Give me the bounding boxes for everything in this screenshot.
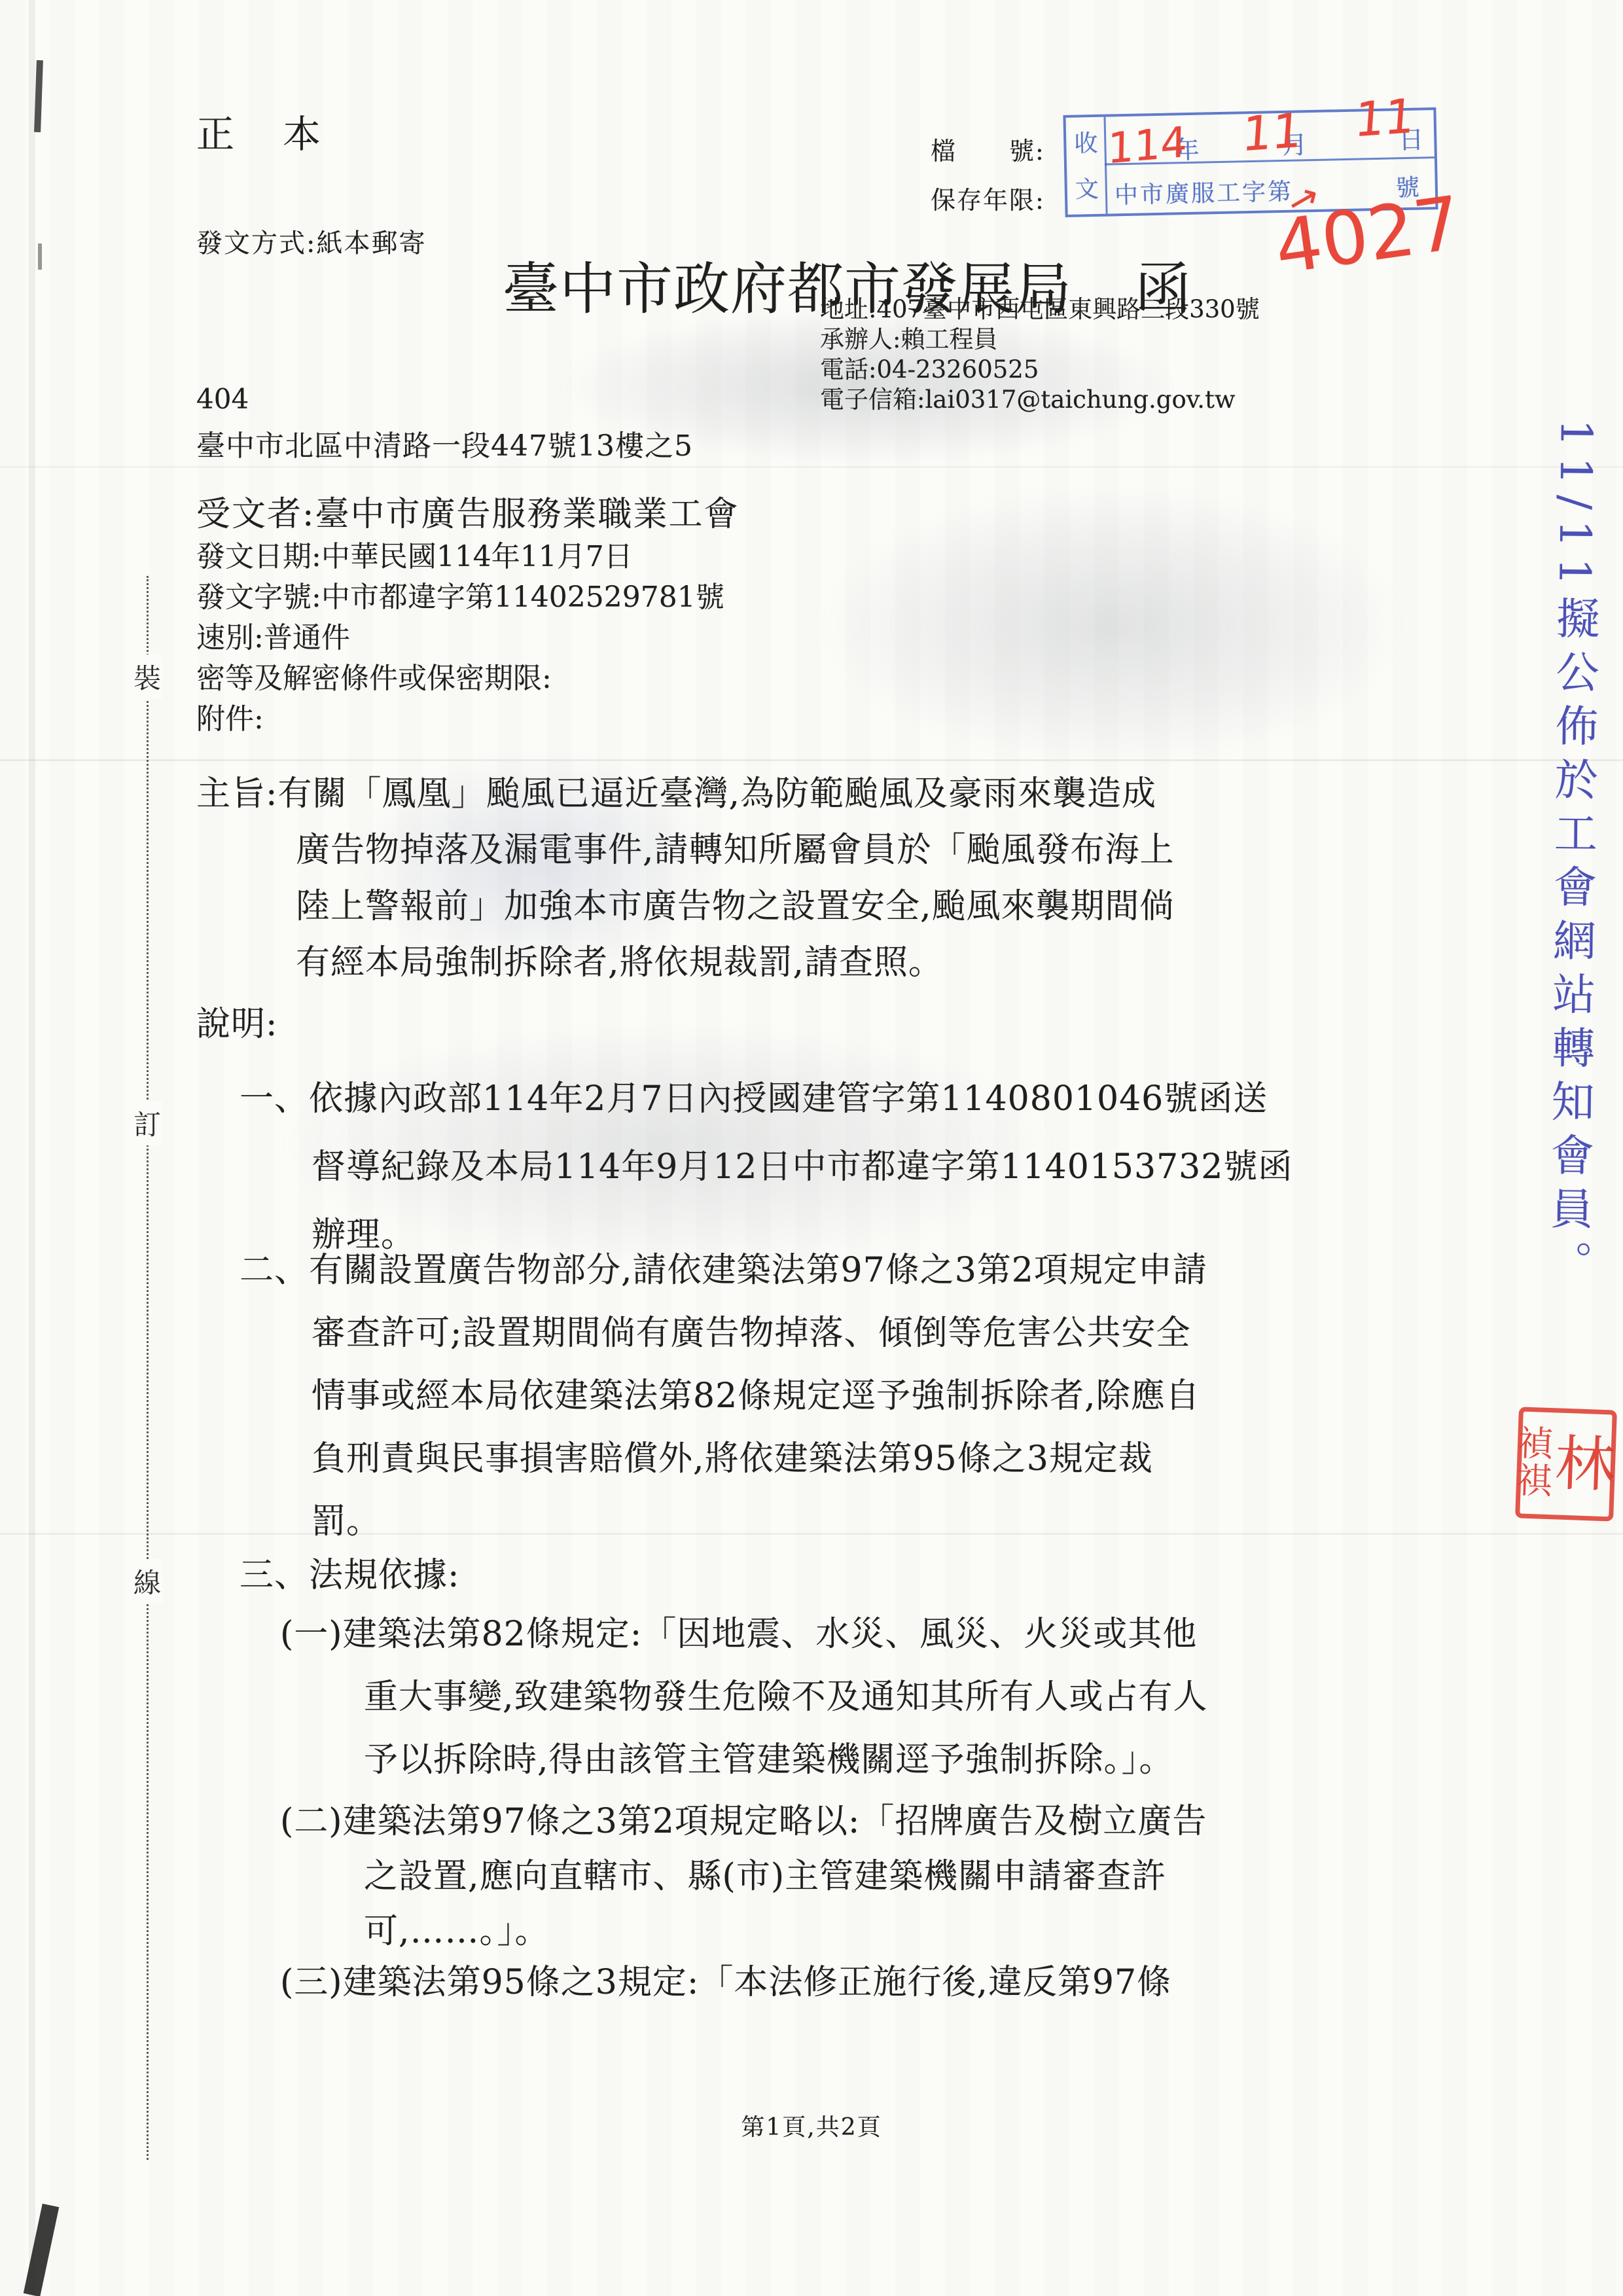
scanner-edge-shadow bbox=[29, 0, 35, 2296]
explanation-item1-line: 督導紀錄及本局114年9月12日中市都違字第1140153732號函 bbox=[312, 1139, 1293, 1188]
issue-number-line: 發文字號:中市都違字第11402529781號 bbox=[196, 577, 724, 618]
scanned-official-letter-page: 正 本 發文方式:紙本郵寄 檔 號: 保存年限: 收 文 年 月 日 中市廣服工… bbox=[0, 0, 1623, 2296]
legal-basis-sub3-line: (三)建築法第95條之3規定:「本法修正施行後,違反第97條 bbox=[280, 1954, 1171, 2003]
handwritten-month-value: 11 bbox=[1240, 102, 1304, 162]
stamp-receive-char: 收 bbox=[1074, 125, 1098, 159]
explanation-item1-line: 一、依據內政部114年2月7日內授國建管字第1140801046號函送 bbox=[240, 1071, 1268, 1120]
agency-contact-block: 地址:407臺中市西屯區東興路三段330號 承辦人:賴工程員 電話:04-232… bbox=[820, 295, 1260, 415]
legal-basis-sub2-line: 之設置,應向直轄市、縣(市)主管建築機關申請審查許 bbox=[364, 1848, 1166, 1897]
subject-line: 有經本局強制拆除者,將依規裁罰,請查照。 bbox=[296, 935, 943, 984]
agency-phone: 電話:04-23260525 bbox=[820, 355, 1260, 385]
explanation-item2-line: 情事或經本局依建築法第82條規定逕予強制拆除者,除應自 bbox=[312, 1368, 1200, 1417]
handwritten-day-value: 11 bbox=[1353, 88, 1416, 147]
classification-line: 密等及解密條件或保密期限: bbox=[196, 658, 724, 699]
scan-streak-line bbox=[0, 1533, 1623, 1535]
legal-basis-sub1-line: 重大事變,致建築物發生危險不及通知其所有人或占有人 bbox=[364, 1669, 1208, 1718]
name-seal-lin-zhen-qi: 林 禎 祺 bbox=[1515, 1407, 1617, 1521]
explanation-item2-line: 審查許可;設置期間倘有廣告物掉落、傾倒等危害公共安全 bbox=[312, 1305, 1191, 1354]
seal-char-top: 禎 bbox=[1517, 1426, 1554, 1464]
subject-line: 廣告物掉落及漏電事件,請轉知所屬會員於「颱風發布海上 bbox=[296, 822, 1175, 871]
case-officer: 承辦人:賴工程員 bbox=[820, 325, 1260, 355]
legal-basis-sub2-line: (二)建築法第97條之3第2項規定略以:「招牌廣告及樹立廣告 bbox=[280, 1793, 1207, 1842]
handwritten-year-value: 114 bbox=[1107, 118, 1188, 173]
explanation-item2-line: 負刑責與民事損害賠償外,將依建築法第95條之3規定裁 bbox=[312, 1431, 1153, 1480]
page-number-footer: 第1頁,共2頁 bbox=[741, 2109, 882, 2142]
stamp-doc-class-text: 中市廣服工字第 bbox=[1114, 173, 1293, 211]
seal-surname-char: 林 bbox=[1554, 1433, 1616, 1496]
explanation-item2-line: 二、有關設置廣告物部分,請依建築法第97條之3第2項規定申請 bbox=[240, 1242, 1207, 1291]
copy-type-label: 正 本 bbox=[196, 103, 326, 158]
agency-address: 地址:407臺中市西屯區東興路三段330號 bbox=[820, 295, 1260, 325]
binding-mark-ding: 訂 bbox=[132, 1101, 162, 1145]
explanation-item2-line: 罰。 bbox=[312, 1494, 381, 1543]
edge-artifact-mark bbox=[38, 243, 42, 270]
legal-basis-sub1-line: 予以拆除時,得由該管主管建築機關逕予強制拆除。」。 bbox=[364, 1732, 1174, 1781]
retention-period-label: 保存年限: bbox=[931, 180, 1045, 216]
agency-email: 電子信箱:lai0317@taichung.gov.tw bbox=[820, 385, 1260, 415]
file-number-label: 檔 號: bbox=[931, 131, 1045, 167]
seal-given-name-chars: 禎 祺 bbox=[1516, 1426, 1554, 1501]
issue-date-line: 發文日期:中華民國114年11月7日 bbox=[196, 537, 724, 577]
legal-basis-sub1-line: (一)建築法第82條規定:「因地震、水災、風災、火災或其他 bbox=[280, 1606, 1197, 1655]
binding-mark-zhuang: 裝 bbox=[132, 655, 162, 699]
explanation-item3-heading: 三、法規依據: bbox=[240, 1547, 460, 1596]
edge-artifact-mark bbox=[34, 60, 43, 132]
delivery-method-label: 發文方式:紙本郵寄 bbox=[196, 223, 426, 260]
explanation-heading: 說明: bbox=[196, 996, 278, 1045]
document-meta-block: 發文日期:中華民國114年11月7日 發文字號:中市都違字第1140252978… bbox=[196, 537, 724, 740]
seal-char-bottom: 祺 bbox=[1516, 1462, 1552, 1501]
binding-mark-xian: 線 bbox=[132, 1559, 162, 1604]
scan-streak-line bbox=[0, 466, 1623, 468]
binding-dotted-line bbox=[147, 576, 149, 2160]
handwritten-margin-note: 11/11擬公佈於工會網站轉知會員。 bbox=[1499, 418, 1607, 1420]
priority-line: 速別:普通件 bbox=[196, 618, 724, 658]
recipient-postal-code: 404 bbox=[196, 383, 249, 415]
recipient-line: 受文者:臺中市廣告服務業職業工會 bbox=[196, 486, 740, 535]
attachment-line: 附件: bbox=[196, 699, 724, 740]
legal-basis-sub2-line: 可,……。」。 bbox=[364, 1903, 550, 1952]
subject-line: 主旨:有關「鳳凰」颱風已逼近臺灣,為防範颱風及豪雨來襲造成 bbox=[196, 766, 1156, 815]
stamp-doc-char: 文 bbox=[1075, 171, 1099, 205]
scan-streak-line bbox=[0, 759, 1623, 761]
bleedthrough-smudge bbox=[818, 484, 1407, 766]
recipient-address: 臺中市北區中清路一段447號13樓之5 bbox=[196, 422, 693, 464]
subject-line: 陸上警報前」加強本市廣告物之設置安全,颱風來襲期間倘 bbox=[296, 878, 1175, 927]
